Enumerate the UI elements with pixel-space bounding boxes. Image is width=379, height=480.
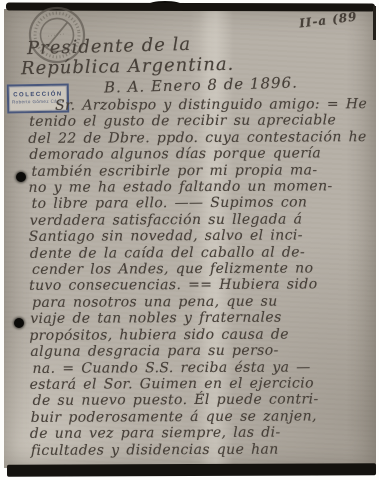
scan-edge-right	[373, 6, 376, 40]
letter-line: verdadera satisfacción su llegada á	[30, 211, 368, 229]
letter-line: Sr. Arzobispo y distinguido amigo: = He	[31, 96, 367, 114]
letter-line: para nosotros una pena, que su	[32, 293, 368, 311]
letter-line: na. = Cuando S.S. reciba ésta ya —	[32, 359, 368, 377]
scanned-letter-page: II-a (89 COLECCIÓN Roberto Gómez Cádiz P…	[0, 0, 379, 480]
scan-edge-bottom	[7, 463, 376, 477]
letter-line: también escribirle por mi propia ma-	[31, 162, 367, 180]
letter-line: de una vez para siempre, las di-	[30, 424, 369, 442]
letter-body: Sr. Arzobispo y distinguido amigo: = He …	[29, 96, 369, 459]
letter-line: del 22 de Dbre. ppdo. cuya contestación …	[28, 129, 367, 147]
letter-line: tuvo consecuencias. == Hubiera sido	[29, 277, 368, 295]
letter-line: demorado algunos días porque quería	[29, 145, 367, 163]
letter-line: viaje de tan nobles y fraternales	[30, 309, 368, 327]
letter-line: Santiago sin novedad, salvo el inci-	[29, 227, 368, 245]
letter-line: ficultades y disidencias que han	[31, 441, 369, 459]
letter-line: dente de la caída del caballo al de-	[30, 244, 368, 262]
punch-hole-icon	[16, 172, 26, 182]
letter-line: to libre para ello. —— Supimos con	[32, 195, 368, 213]
letter-line: cender los Andes, que felizmente no	[32, 260, 368, 278]
letter-line: tenido el gusto de recibir su apreciable	[29, 113, 367, 131]
punch-hole-icon	[14, 318, 24, 328]
letter-line: de su nuevo puesto. Él puede contri-	[33, 391, 369, 409]
letter-line: no y me ha estado faltando un momen-	[28, 178, 367, 196]
letter-line: propósitos, hubiera sido causa de	[29, 326, 368, 344]
letter-line: alguna desgracia para su perso-	[30, 342, 368, 360]
letter-line: buir poderosamente á que se zanjen,	[31, 408, 369, 426]
